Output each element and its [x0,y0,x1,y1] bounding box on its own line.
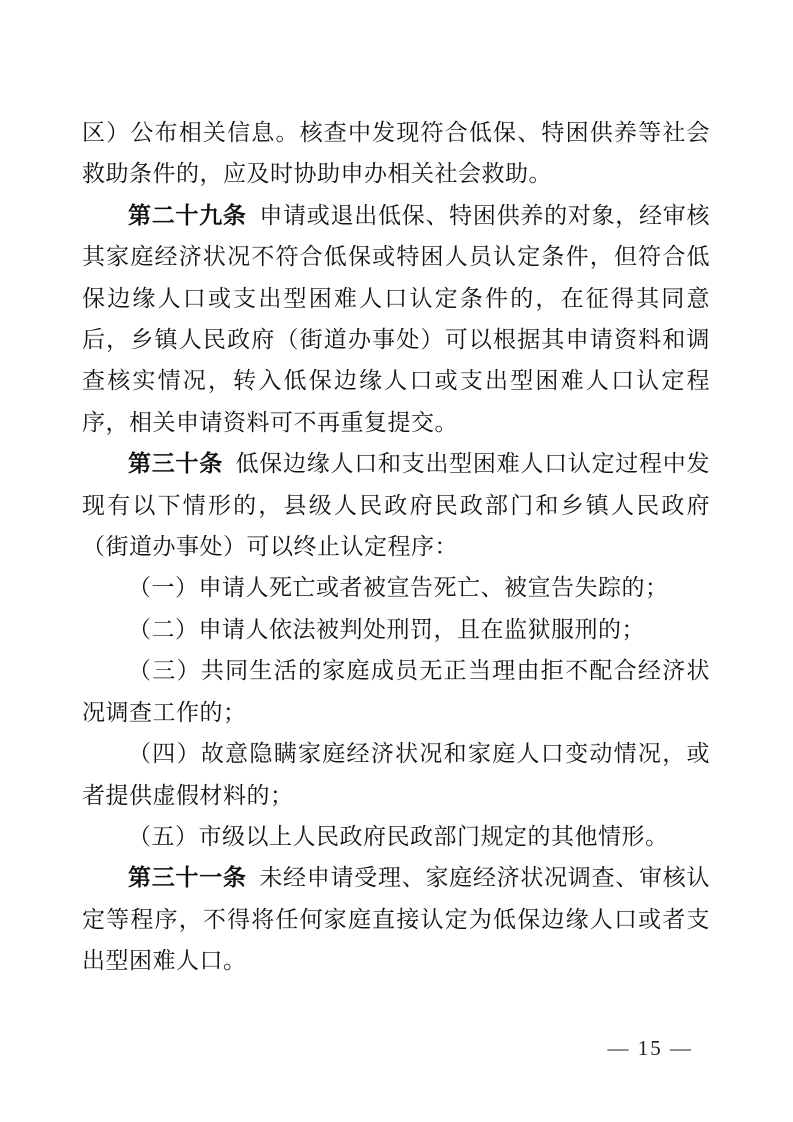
article-29-heading: 第二十九条 [128,203,247,228]
list-item-4: （四）故意隐瞒家庭经济状况和家庭人口变动情况，或者提供虚假材料的； [82,733,710,816]
list-item-3: （三）共同生活的家庭成员无正当理由拒不配合经济状况调查工作的； [82,650,710,733]
footer-page-number: — 15 — [608,1036,694,1060]
article-29-text: 申请或退出低保、特困供养的对象，经审核其家庭经济状况不符合低保或特困人员认定条件… [82,203,710,435]
list-item-5: （五）市级以上人民政府民政部门规定的其他情形。 [82,816,710,857]
paragraph-continuation: 区）公布相关信息。核查中发现符合低保、特困供养等社会救助条件的，应及时协助申办相… [82,112,710,195]
article-31-heading: 第三十一条 [128,865,247,890]
article-30-heading: 第三十条 [128,451,223,476]
paragraph-article-31: 第三十一条未经申请受理、家庭经济状况调查、审核认定等程序，不得将任何家庭直接认定… [82,857,710,981]
paragraph-article-29: 第二十九条申请或退出低保、特困供养的对象，经审核其家庭经济状况不符合低保或特困人… [82,195,710,443]
document-text-block: 区）公布相关信息。核查中发现符合低保、特困供养等社会救助条件的，应及时协助申办相… [82,112,710,982]
list-item-1: （一）申请人死亡或者被宣告死亡、被宣告失踪的； [82,567,710,608]
document-page: 区）公布相关信息。核查中发现符合低保、特困供养等社会救助条件的，应及时协助申办相… [0,0,793,1122]
paragraph-article-30: 第三十条低保边缘人口和支出型困难人口认定过程中发现有以下情形的，县级人民政府民政… [82,443,710,567]
list-item-2: （二）申请人依法被判处刑罚，且在监狱服刑的； [82,609,710,650]
